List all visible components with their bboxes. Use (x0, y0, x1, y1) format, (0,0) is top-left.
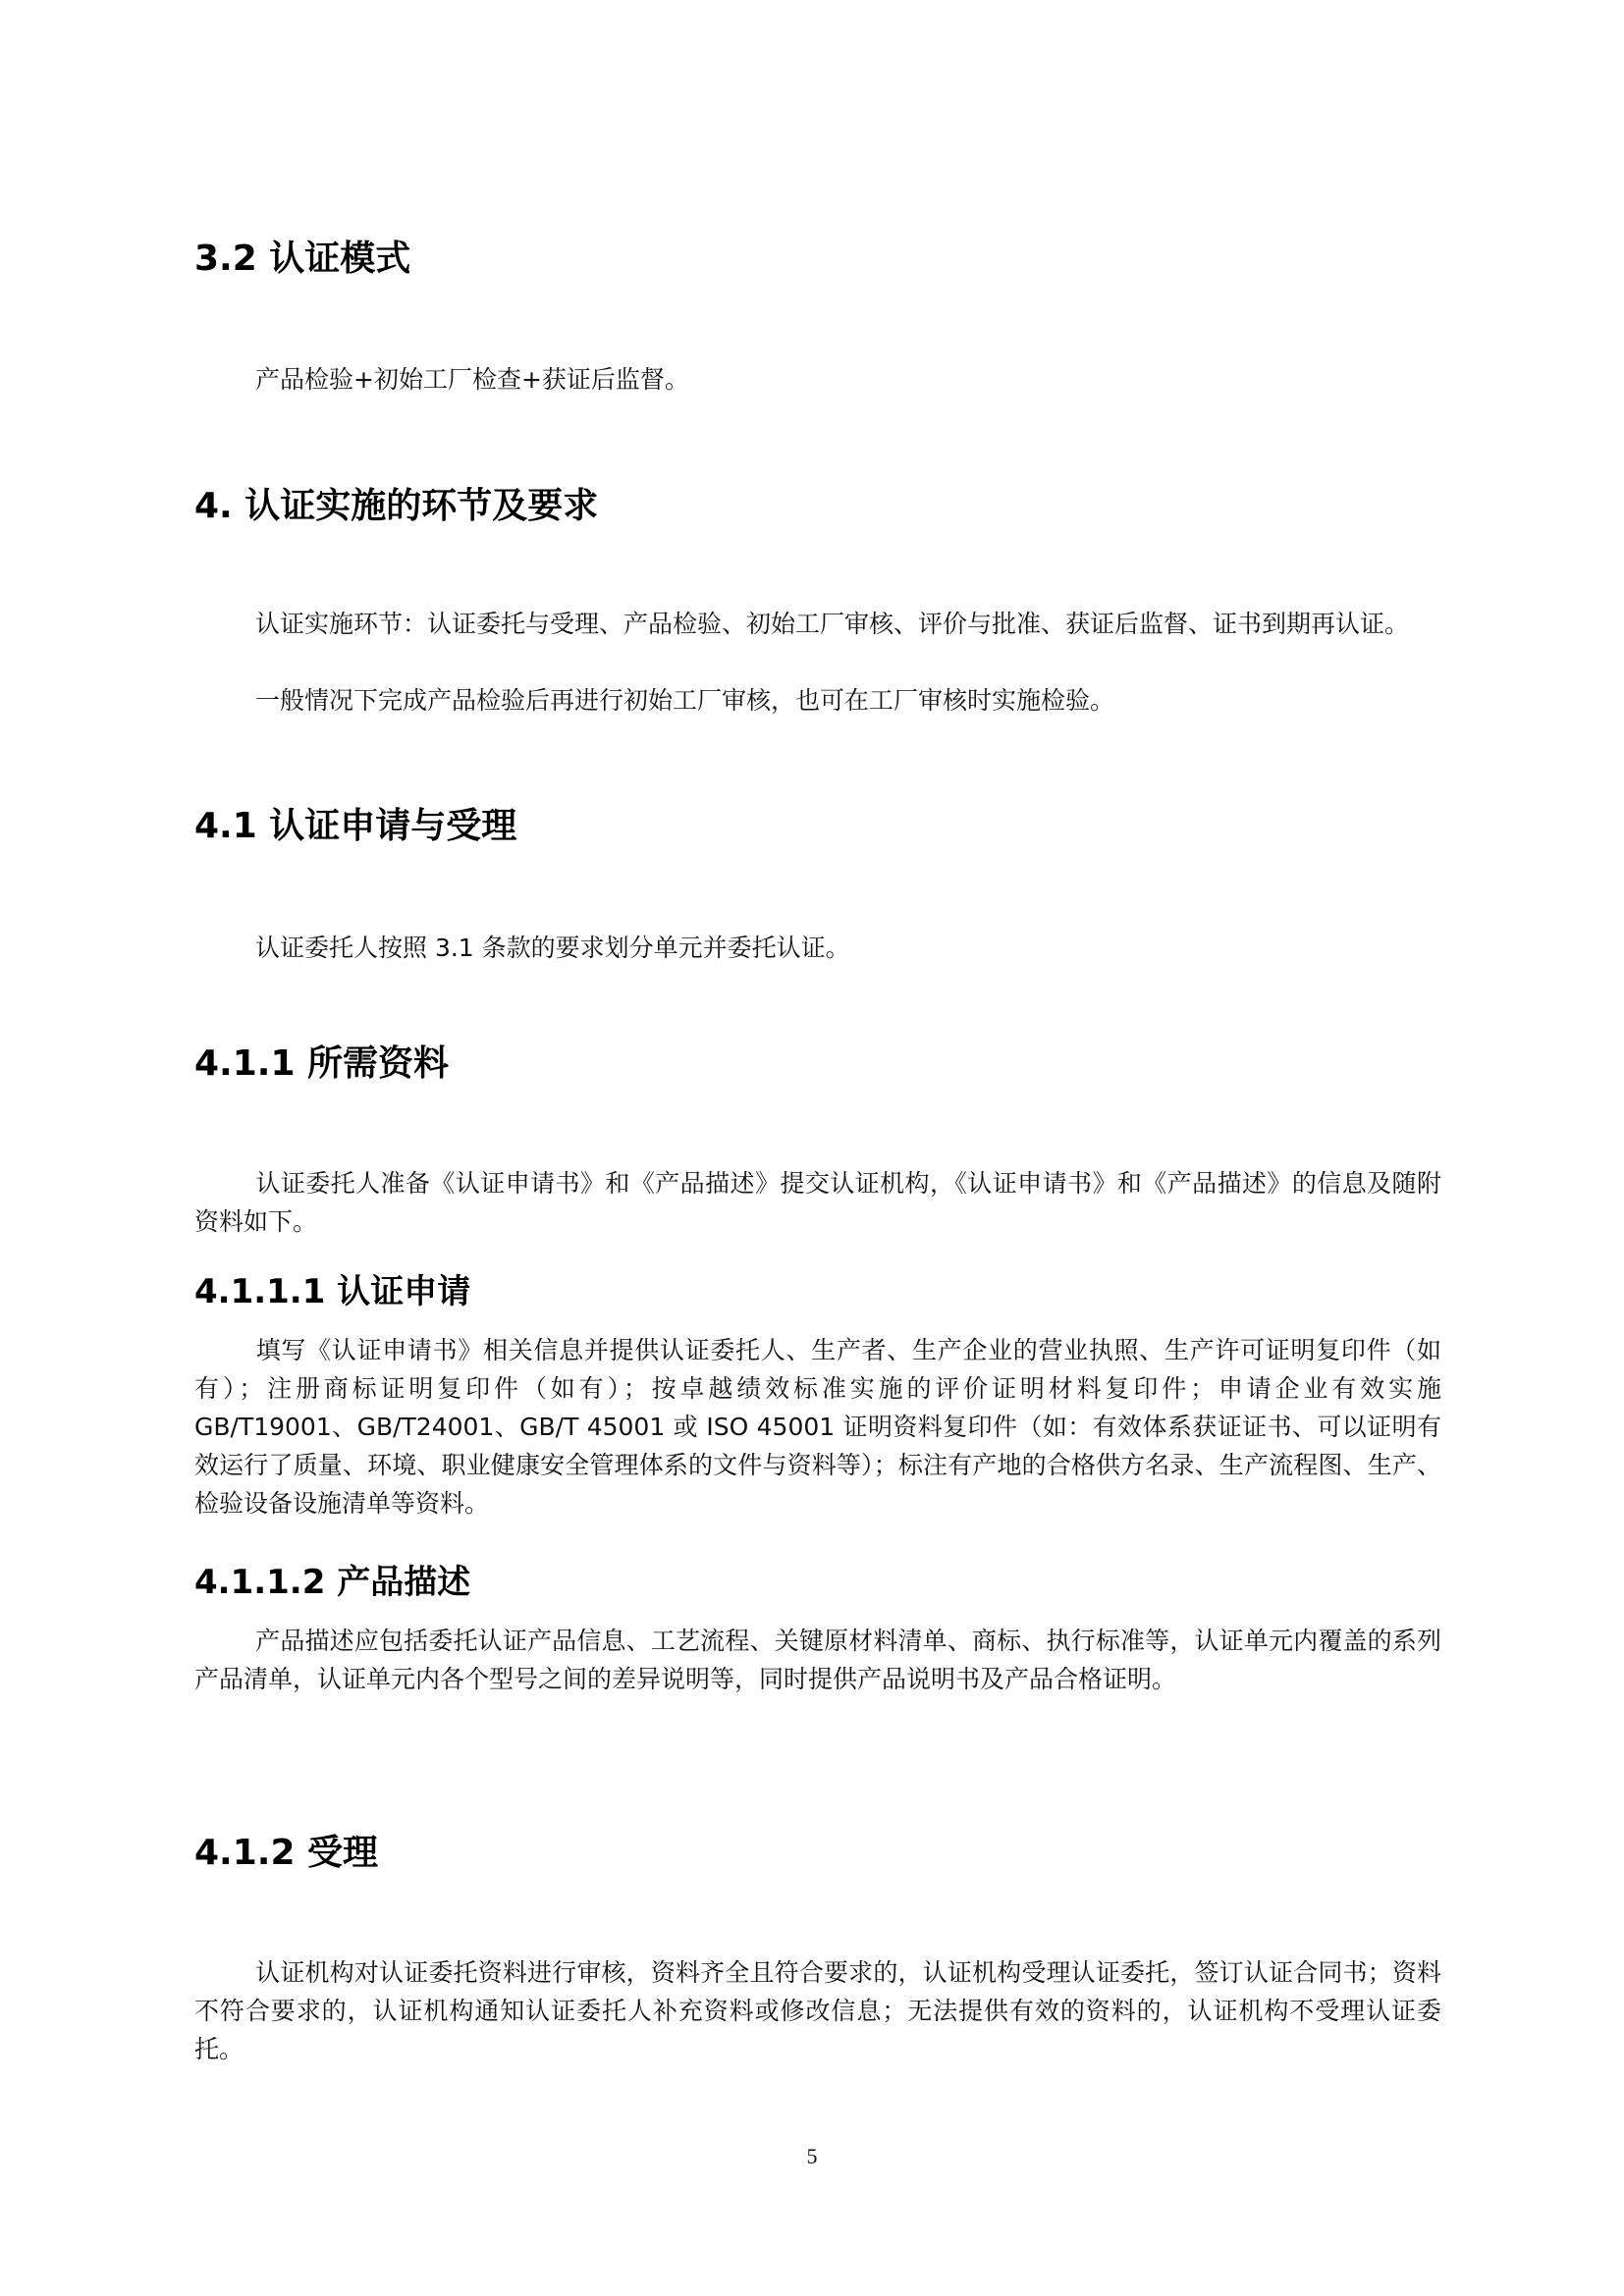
paragraph-text: 认证实施环节：认证委托与受理、产品检验、初始工厂审核、评价与批准、获证后监督、证… (255, 610, 1409, 638)
heading-4-1-1-1: 4.1.1.1 认证申请 (194, 1270, 470, 1313)
paragraph: 认证委托人按照 3.1 条款的要求划分单元并委托认证。 (194, 929, 1441, 967)
paragraph: 一般情况下完成产品检验后再进行初始工厂审核，也可在工厂审核时实施检验。 (194, 681, 1441, 720)
paragraph-text: 认证机构对认证委托资料进行审核，资料齐全且符合要求的，认证机构受理认证委托，签订… (194, 1958, 1441, 2063)
paragraph: 认证机构对认证委托资料进行审核，资料齐全且符合要求的，认证机构受理认证委托，签订… (194, 1953, 1441, 2068)
paragraph-text: 产品描述应包括委托认证产品信息、工艺流程、关键原材料清单、商标、执行标准等，认证… (194, 1627, 1441, 1693)
paragraph: 填写《认证申请书》相关信息并提供认证委托人、生产者、生产企业的营业执照、生产许可… (194, 1331, 1441, 1522)
heading-3-2: 3.2 认证模式 (194, 238, 410, 281)
paragraph: 产品描述应包括委托认证产品信息、工艺流程、关键原材料清单、商标、执行标准等，认证… (194, 1622, 1441, 1698)
heading-4-1-1-2: 4.1.1.2 产品描述 (194, 1561, 470, 1604)
paragraph-text: 认证委托人按照 3.1 条款的要求划分单元并委托认证。 (255, 934, 850, 962)
paragraph: 认证委托人准备《认证申请书》和《产品描述》提交认证机构，《认证申请书》和《产品描… (194, 1164, 1441, 1241)
heading-4-1-2: 4.1.2 受理 (194, 1832, 378, 1875)
paragraph-text: 填写《认证申请书》相关信息并提供认证委托人、生产者、生产企业的营业执照、生产许可… (194, 1336, 1441, 1518)
paragraph-text: 产品检验+初始工厂检查+获证后监督。 (255, 365, 689, 394)
paragraph: 认证实施环节：认证委托与受理、产品检验、初始工厂审核、评价与批准、获证后监督、证… (194, 605, 1441, 643)
heading-4: 4. 认证实施的环节及要求 (194, 485, 598, 528)
paragraph: 产品检验+初始工厂检查+获证后监督。 (194, 360, 1441, 399)
paragraph-text: 一般情况下完成产品检验后再进行初始工厂审核，也可在工厂审核时实施检验。 (255, 686, 1114, 715)
paragraph-text: 认证委托人准备《认证申请书》和《产品描述》提交认证机构，《认证申请书》和《产品描… (194, 1169, 1441, 1236)
page-number: 5 (0, 2144, 1624, 2169)
heading-4-1: 4.1 认证申请与受理 (194, 805, 516, 848)
document-page: 3.2 认证模式 产品检验+初始工厂检查+获证后监督。 4. 认证实施的环节及要… (0, 0, 1624, 2296)
heading-4-1-1: 4.1.1 所需资料 (194, 1042, 449, 1086)
